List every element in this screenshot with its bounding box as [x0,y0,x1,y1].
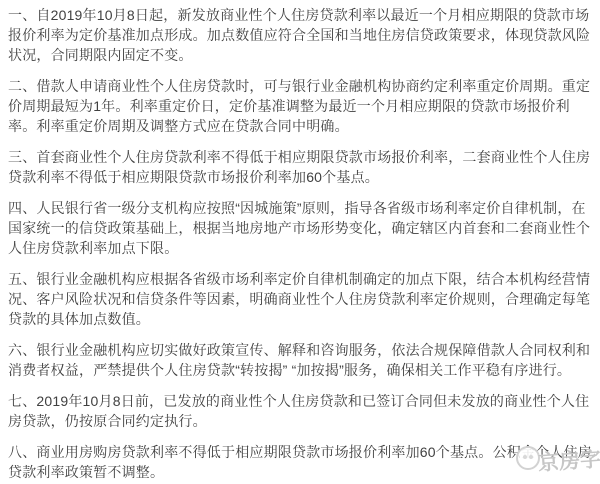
paragraph: 七、2019年10月8日前，已发放的商业性个人住房贷款和已签订合同但未发放的商业… [8,391,592,431]
paragraph: 五、银行业金融机构应根据各省级市场利率定价自律机制确定的加点下限，结合本机构经营… [8,269,592,329]
paragraph: 三、首套商业性个人住房贷款利率不得低于相应期限贷款市场报价利率，二套商业性个人住… [8,147,592,187]
paragraph: 四、人民银行省一级分支机构应按照“因城施策”原则，指导各省级市场利率定价自律机制… [8,198,592,258]
paragraph: 一、自2019年10月8日起，新发放商业性个人住房贷款利率以最近一个月相应期限的… [8,5,592,65]
paragraph: 二、借款人申请商业性个人住房贷款时，可与银行业金融机构协商约定利率重定价周期。重… [8,76,592,136]
document-body: 一、自2019年10月8日起，新发放商业性个人住房贷款利率以最近一个月相应期限的… [0,0,600,482]
paragraph: 八、商业用房购房贷款利率不得低于相应期限贷款市场报价利率加60个基点。公积金个人… [8,442,592,482]
paragraph: 六、银行业金融机构应切实做好政策宣传、解释和咨询服务，依法合规保障借款人合同权利… [8,340,592,380]
